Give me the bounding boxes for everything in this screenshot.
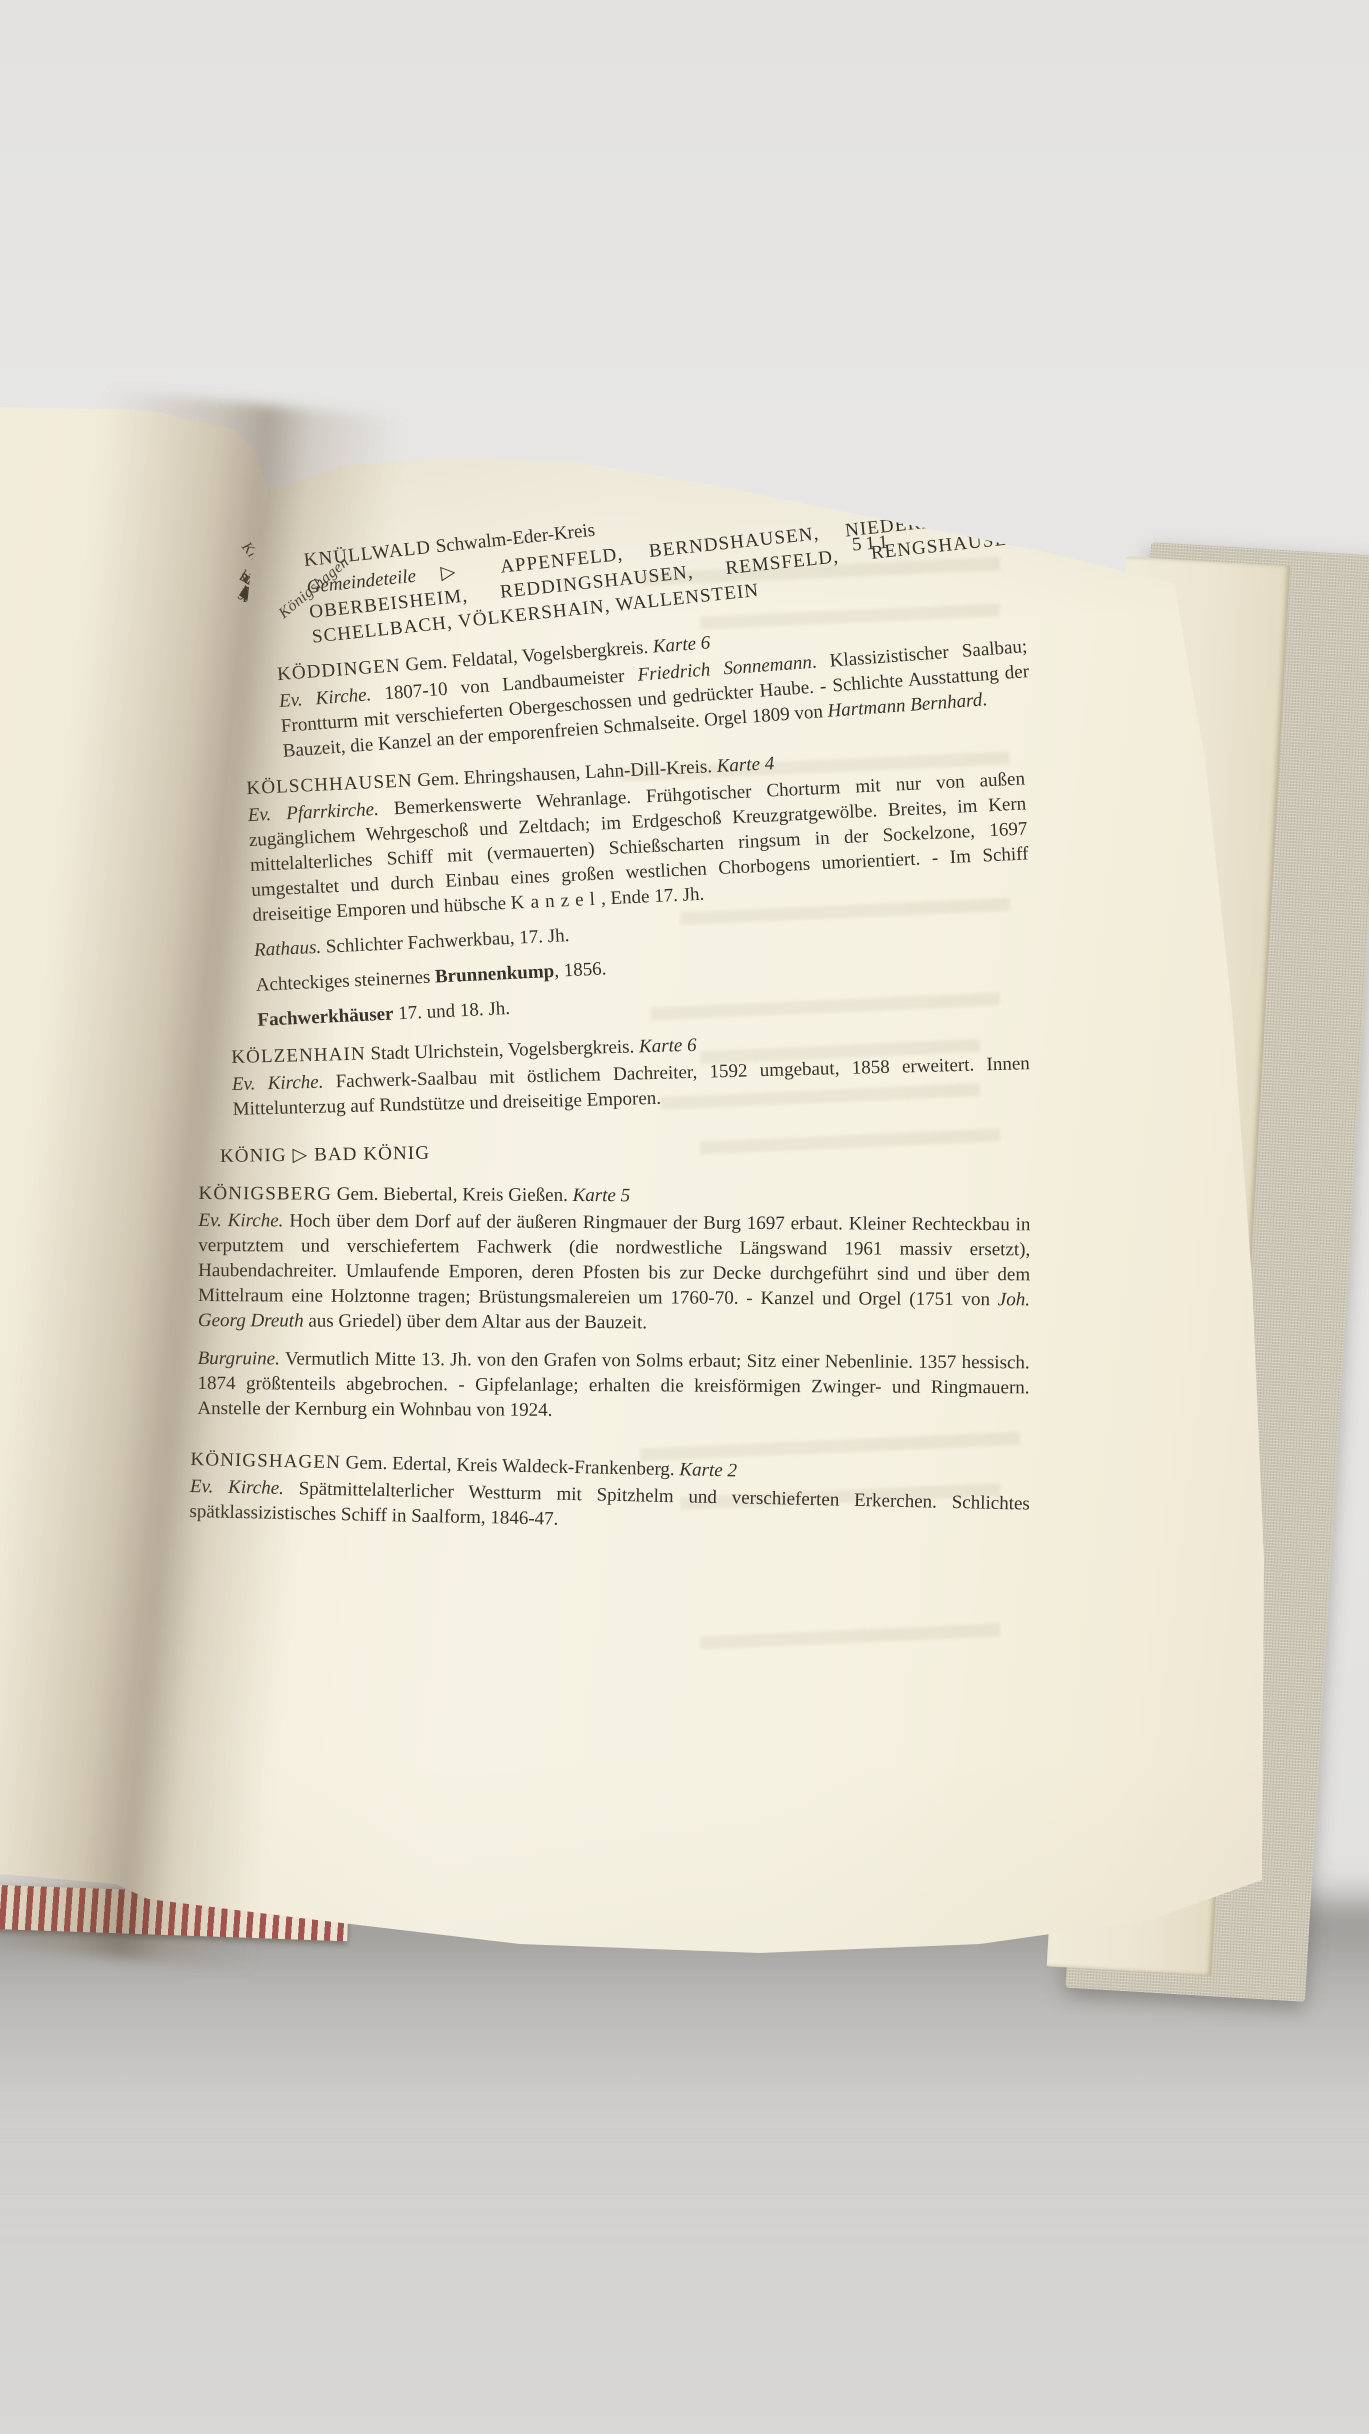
- text-segment: KÖLSCHHAUSEN: [246, 770, 413, 799]
- text-segment: Karte 6: [639, 1035, 697, 1057]
- entry-koenigshagen: KÖNIGSHAGEN Gem. Edertal, Kreis Waldeck-…: [189, 1447, 1030, 1542]
- text-segment: 17. und 18. Jh.: [393, 998, 511, 1024]
- left-fragment-line: t-Dieburg. Karte 13: [0, 385, 250, 576]
- left-fragment-line: ansarddächern noch: [0, 385, 250, 576]
- entry-koelzenhain: KÖLZENHAIN Stadt Ulrichstein, Vogelsberg…: [231, 1024, 1031, 1122]
- left-fragment-line: ll) mit Marienkrönung, um: [0, 385, 250, 576]
- entry-koenigsberg: KÖNIGSBERG Gem. Biebertal, Kreis Gießen.…: [197, 1181, 1030, 1425]
- left-fragment-line: Kanzel 17. Jh. -: [0, 385, 250, 576]
- left-fragment-line: ntum, teilweise ver: [0, 385, 250, 576]
- text-segment: Gem. Edertal, Kreis Waldeck-Frankenberg.: [341, 1452, 680, 1480]
- text-segment: Ev. Kirche.: [198, 1210, 283, 1231]
- left-fragment-line: reichen Schnit-: [0, 385, 250, 576]
- text-segment: Burgruine.: [198, 1348, 280, 1369]
- left-fragment-line: chaftsbauten.: [0, 385, 250, 576]
- text-segment: KÖLZENHAIN: [231, 1043, 366, 1068]
- text-segment: Karte 4: [716, 753, 774, 777]
- left-fragment-line: Quadratische Wasser-: [0, 385, 250, 576]
- entry-koenig-crossref: KÖNIG ▷ BAD KÖNIG: [220, 1131, 1030, 1169]
- text-segment: , 1856.: [554, 958, 607, 981]
- left-fragment-line: sübertragung) durch Tobias von H: [0, 369, 250, 560]
- text-segment: Ev. Kirche.: [278, 684, 372, 712]
- left-fragment-line: N: [0, 385, 250, 576]
- left-fragment-line: a Rothermel.: [0, 385, 250, 576]
- left-fragment-line: is. Karte 9: [0, 385, 250, 576]
- text-segment: Schlichter Fachwerkbau, 17. Jh.: [321, 925, 570, 958]
- left-fragment-line: hossiger Renaissancebau mit: [0, 369, 250, 560]
- left-fragment-line: uf von der Burggrafschaft: [0, 385, 250, 576]
- text-segment: Hoch über dem Dorf auf der äußeren Ringm…: [198, 1210, 1030, 1310]
- left-fragment-line: mit geschweiften Gie-: [0, 385, 250, 576]
- left-fragment-line: gt.: [0, 385, 250, 576]
- text-segment: KÖNIGSBERG: [199, 1183, 333, 1205]
- text-segment: Kanzel: [510, 889, 601, 914]
- text-segment: Rathaus.: [254, 937, 322, 961]
- book-photo: Kleinwal sübertragung) durch Tobias von …: [0, 0, 1369, 2434]
- left-fragment-line: n der in neuerer Zeit stark umge-: [0, 385, 250, 576]
- left-fragment-line: von seiner ursprünglichen: [0, 385, 250, 576]
- text-segment: Fachwerkhäuser: [257, 1003, 394, 1030]
- left-fragment-line: es Schiffes große: [0, 385, 250, 576]
- text-segment: Achteckiges steinernes: [255, 966, 435, 995]
- koenigsberg-heading: KÖNIGSBERG Gem. Biebertal, Kreis Gießen.…: [198, 1181, 1030, 1210]
- koenig-crossref-heading: KÖNIG ▷ BAD KÖNIG: [220, 1131, 1030, 1169]
- left-fragment-line: nz von Schönborn, angeblich aus: [0, 385, 250, 576]
- text-segment: aus Griedel) über dem Altar aus der Bauz…: [304, 1311, 648, 1334]
- left-fragment-line: derstoßende Flügelbauten vo: [0, 385, 250, 576]
- text-segment: KÖNIGSHAGEN: [190, 1449, 341, 1473]
- text-segment: Stadt Ulrichstein, Vogelsbergkreis.: [365, 1036, 639, 1064]
- koenigsberg-burgruine: Burgruine. Vermutlich Mitte 13. Jh. von …: [197, 1346, 1029, 1425]
- text-segment: Vermutlich Mitte 13. Jh. von den Grafen …: [197, 1348, 1029, 1420]
- left-fragment-line: rchhäusern. An der südlichen S: [0, 369, 250, 560]
- left-fragment-line: ken Hochaltar die Holz: [0, 385, 250, 576]
- left-fragment-line: dener Bau mit quadratischem: [0, 385, 250, 576]
- left-fragment-line: 75. Saalbau mit dreiseitigem: [0, 385, 250, 576]
- text-segment: Karte 2: [679, 1459, 737, 1481]
- left-fragment-line: ten, kreuzgratge-: [0, 385, 250, 576]
- text-segment: Karte 5: [573, 1185, 631, 1206]
- text-segment: Ev. Pfarrkirche.: [247, 799, 379, 826]
- left-fragment-line: e angelegte Siedlung: [0, 385, 250, 576]
- text-segment: .: [981, 689, 987, 710]
- text-segment: , Ende 17. Jh.: [600, 884, 704, 910]
- text-segment: Ev. Kirche.: [232, 1072, 324, 1095]
- left-page-text: sübertragung) durch Tobias von Hhossiger…: [0, 560, 250, 576]
- koenigsberg-kirche: Ev. Kirche. Hoch über dem Dorf auf der ä…: [198, 1208, 1031, 1337]
- left-fragment-line: Schiff wohl 1797: [0, 385, 250, 576]
- text-segment: Brunnenkump: [435, 961, 555, 988]
- left-fragment-line: che Arbeiten Ende 15. Jh.; zwei: [0, 385, 250, 576]
- left-fragment-line: in Aufbewahrung; am Altar W: [0, 385, 250, 576]
- text-segment: Gem. Biebertal, Kreis Gießen.: [332, 1184, 573, 1206]
- text-segment: Karte 6: [652, 632, 711, 657]
- right-page-text: KNÜLLWALD Schwalm-Eder-KreisGemeindeteil…: [190, 548, 1030, 1536]
- text-segment: KÖNIG ▷ BAD KÖNIG: [220, 1143, 430, 1167]
- text-segment: Ev. Kirche.: [190, 1476, 284, 1499]
- entry-koelschhausen: KÖLSCHHAUSEN Gem. Ehringshausen, Lahn-Di…: [246, 739, 1035, 1032]
